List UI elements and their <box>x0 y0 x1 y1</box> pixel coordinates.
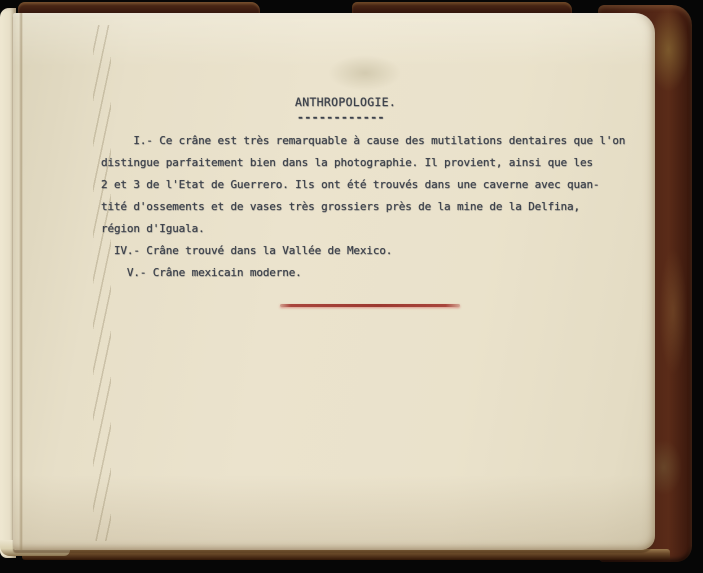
document-page: ANTHROPOLOGIE. ------------ I.- Ce crâne… <box>13 13 655 550</box>
body-line: I.- Ce crâne est très remarquable à caus… <box>101 130 625 152</box>
body-line: 2 et 3 de l'Etat de Guerrero. Ils ont ét… <box>101 174 625 196</box>
title-underline: ------------ <box>297 109 385 125</box>
book-scan-photo: ANTHROPOLOGIE. ------------ I.- Ce crâne… <box>0 0 703 573</box>
page-title: ANTHROPOLOGIE. <box>295 95 396 109</box>
body-line: région d'Iguala. <box>101 218 625 240</box>
document-body: I.- Ce crâne est très remarquable à caus… <box>101 130 625 284</box>
body-line: IV.- Crâne trouvé dans la Vallée de Mexi… <box>101 240 625 262</box>
book-cover-bottom-edge <box>22 549 670 560</box>
red-separator-line <box>280 304 460 307</box>
body-line: distingue parfaitement bien dans la phot… <box>101 152 625 174</box>
page-gutter-crease <box>19 13 23 550</box>
body-line: V.- Crâne mexicain moderne. <box>101 262 625 284</box>
body-line: tité d'ossements et de vases très grossi… <box>101 196 625 218</box>
faint-paper-smudge <box>328 55 402 91</box>
